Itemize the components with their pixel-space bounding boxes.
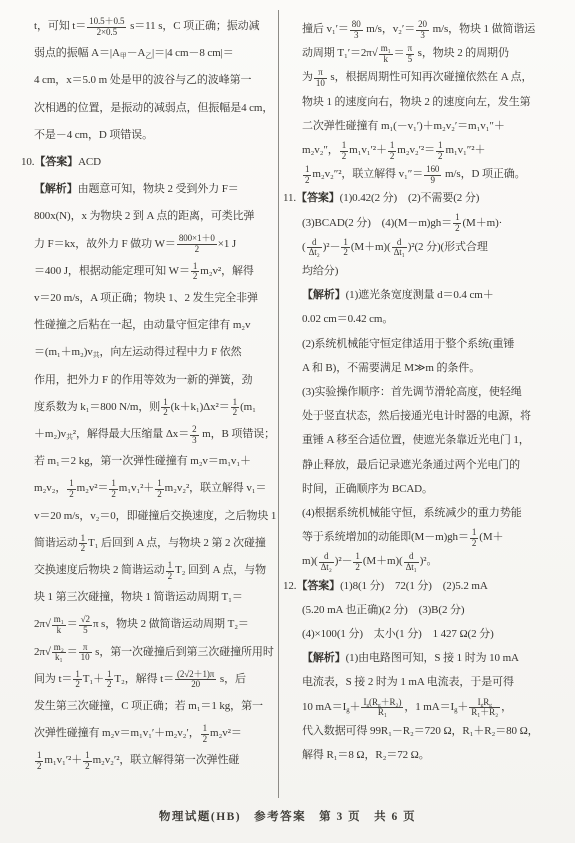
- text-line: 作用，把外力 F 的作用等效为一新的弹簧，劲: [34, 367, 284, 394]
- text-line: 重锤 A 移至合适位置，使遮光条靠近光电门 1，: [302, 428, 564, 452]
- text-line: 弱点的振幅 A＝|A甲－A乙|＝|4 cm－8 cm|＝: [34, 40, 284, 67]
- text-line: 若 m₁＝2 kg，第一次弹性碰撞有 m₂v＝m₁v₁＋: [34, 448, 284, 475]
- text-line: 撞后 v₁′＝803 m/s，v₂′＝203 m/s，物块 1 做简谐运: [302, 17, 564, 41]
- answer-line-q11: 11.【答案】(1)0.42(2 分) (2)不需要(2 分): [302, 186, 564, 210]
- text-line: 动周期 T₁′＝2π√m₁k＝π5 s，物块 2 的周期仍: [302, 41, 564, 65]
- text-line: 为π10 s，根据周期性可知再次碰撞依然在 A 点，: [302, 65, 564, 89]
- text-line: 等于系统增加的动能即(M－m)gh＝12(M＋: [302, 525, 564, 549]
- left-column: t，可知 t＝10.5＋0.52×0.5 s＝11 s，C 项正确；振动减 弱点…: [34, 13, 284, 775]
- text-line: v＝20 m/s，A 项正确；物块 1、2 发生完全非弹: [34, 285, 284, 312]
- text-line: 4 cm，x＝5.0 m 处是甲的波谷与乙的波峰第一: [34, 67, 284, 94]
- text-line: 电流表，S 接 2 时为 1 mA 电流表，于是可得: [302, 670, 564, 694]
- text-line: 块 1 第三次碰撞，物块 1 简谐运动周期 T₁＝: [34, 584, 284, 611]
- text-line: (4)根据系统机械能守恒，系统减少的重力势能: [302, 501, 564, 525]
- text-line: 不是－4 cm，D 项错误。: [34, 122, 284, 149]
- text-line: (dΔt₂)²－12(M＋m)(dΔt₁)²(2 分)(形式合理: [302, 235, 564, 259]
- text-line: 次相遇的位置，是振动的减弱点，但振幅是4 cm，: [34, 95, 284, 122]
- page-footer: 物理试题(HB) 参考答案 第 3 页 共 6 页: [0, 808, 575, 824]
- text-line: (3)实验操作顺序：首先调节滑轮高度，使轻绳: [302, 380, 564, 404]
- text-line: (5.20 mA 也正确)(2 分) (3)B(2 分): [302, 598, 564, 622]
- text-line: 【解析】(1)由电路图可知，S 接 1 时为 10 mA: [302, 646, 564, 670]
- answer-line-q10: 10.【答案】ACD: [34, 149, 284, 176]
- text-line: 性碰撞之后粘在一起，由动量守恒定律有 m₂v: [34, 312, 284, 339]
- text-line: 二次弹性碰撞有 m₁(－v₁′)＋m₂v₂′＝m₁v₁″＋: [302, 114, 564, 138]
- right-column: 撞后 v₁′＝803 m/s，v₂′＝203 m/s，物块 1 做简谐运 动周期…: [302, 17, 564, 767]
- text-line: t，可知 t＝10.5＋0.52×0.5 s＝11 s，C 项正确；振动减: [34, 13, 284, 40]
- text-line: 800x(N)，x 为物块 2 到 A 点的距离，可类比弹: [34, 203, 284, 230]
- text-line: 12m₁v₁′²＋12m₂v₂′²，联立解得第一次弹性碰: [34, 747, 284, 774]
- text-line: 度系数为 k₁＝800 N/m，则12(k＋k₁)Δx²＝12(m₁: [34, 394, 284, 421]
- text-line: 代入数据可得 99R₁－R₂＝720 Ω，R₁＋R₂＝80 Ω，: [302, 719, 564, 743]
- text-line: 10 mA＝Ig＋Ig(Rg＋R₂)R₁，1 mA＝Ig＋IgRgR₁＋R₂，: [302, 695, 564, 719]
- text-line: 2π√m₁k＝√25π s，物块 2 做简谐运动周期 T₂＝: [34, 611, 284, 638]
- text-line: m₂v₂，12m₂v²＝12m₁v₁²＋12m₂v₂²，联立解得 v₁＝: [34, 475, 284, 502]
- text-line: 12m₂v₂″²，联立解得 v₁″＝1609 m/s，D 项正确。: [302, 162, 564, 186]
- text-line: ＋m₂)v共²，解得最大压缩量 Δx＝23 m，B 项错误；: [34, 421, 284, 448]
- text-line: 发生第三次碰撞，C 项正确；若 m₁＝1 kg，第一: [34, 693, 284, 720]
- text-line: 【解析】(1)遮光条宽度测量 d＝0.4 cm＋: [302, 283, 564, 307]
- text-line: 解得 R₁＝8 Ω，R₂＝72 Ω。: [302, 743, 564, 767]
- text-line: 次弹性碰撞有 m₂v＝m₁v₁′＋m₂v₂′，12m₂v²＝: [34, 720, 284, 747]
- text-line: v＝20 m/s，v₂＝0，即碰撞后交换速度，之后物块 1: [34, 503, 284, 530]
- text-line: 【解析】由题意可知，物块 2 受到外力 F＝: [34, 176, 284, 203]
- text-line: 静止释放，最后记录遮光条通过两个光电门的: [302, 453, 564, 477]
- text-line: ＝(m₁＋m₂)v共，向左运动得过程中力 F 依然: [34, 339, 284, 366]
- text-line: 交换速度后物块 2 简谐运动12T₂ 回到 A 点，与物: [34, 557, 284, 584]
- text-line: 物块 1 的速度向右，物块 2 的速度向左，发生第: [302, 90, 564, 114]
- answers-page: t，可知 t＝10.5＋0.52×0.5 s＝11 s，C 项正确；振动减 弱点…: [0, 0, 575, 843]
- text-line: 力 F＝kx，故外力 F 做功 W＝800×1＋02×1 J: [34, 231, 284, 258]
- text-line: 0.02 cm＝0.42 cm。: [302, 307, 564, 331]
- text-line: (2)系统机械能守恒定律适用于整个系统(重锤: [302, 332, 564, 356]
- text-line: 2π√m₂k₁＝π10 s，第一次碰撞后到第三次碰撞所用时: [34, 639, 284, 666]
- text-line: A 和 B)，不需要满足 M≫m 的条件。: [302, 356, 564, 380]
- text-line: 时间，正确顺序为 BCAD。: [302, 477, 564, 501]
- text-line: 间为 t＝12T₁＋12T₂，解得 t＝(2√2＋1)π20 s，后: [34, 666, 284, 693]
- text-line: 处于竖直状态，然后接通光电计时器的电源，将: [302, 404, 564, 428]
- text-line: (4)×100(1 分) 太小(1 分) 1 427 Ω(2 分): [302, 622, 564, 646]
- text-line: m)(dΔt₂)²－12(M＋m)(dΔt₁)²。: [302, 549, 564, 573]
- column-divider: [278, 10, 279, 798]
- answer-line-q12: 12.【答案】(1)8(1 分) 72(1 分) (2)5.2 mA: [302, 574, 564, 598]
- text-line: m₂v₂″，12m₁v₁′²＋12m₂v₂′²＝12m₁v₁″²＋: [302, 138, 564, 162]
- text-line: ＝400 J，根据动能定理可知 W＝12m₂v²，解得: [34, 258, 284, 285]
- text-line: 均给分): [302, 259, 564, 283]
- text-line: 简谐运动12T₁ 后回到 A 点，与物块 2 第 2 次碰撞: [34, 530, 284, 557]
- text-line: (3)BCAD(2 分) (4)(M－m)gh＝12(M＋m)·: [302, 211, 564, 235]
